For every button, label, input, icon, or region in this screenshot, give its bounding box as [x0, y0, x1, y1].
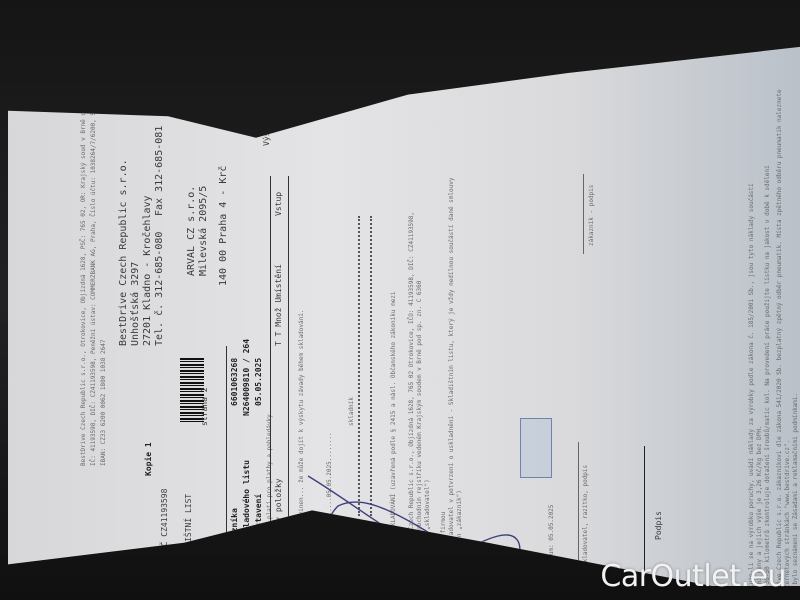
issuer-fax: Fax 312-685-081 — [154, 126, 166, 216]
footer-note-4: BestDrive Czech Republic s.r.o. zákazník… — [776, 89, 784, 600]
note-3: skladník — [348, 397, 356, 426]
company-header-line-2: IČ: 41193598, DIČ: CZ41193598, Peněžní ú… — [90, 79, 98, 466]
footer-note-3: Ujetí 30-50 kilometrů zkontroluje dotaže… — [764, 165, 772, 600]
field-value-list-no: N264009810 / 264 — [242, 339, 252, 416]
company-header-line-1: BestDrive Czech Republic s.r.o., Otrokov… — [80, 87, 88, 466]
customer-name: ARVAL CZ s.r.o. — [186, 186, 198, 276]
footer-note-6: Pokud bylo seznámení se Zásadami a rekla… — [792, 393, 800, 600]
page-number: strana 2 — [200, 387, 210, 426]
customer-street: Milevská 2095/5 — [198, 186, 210, 276]
issuer-name: BestDrive Czech Republic s.r.o. — [118, 159, 130, 346]
issuer-street: Unhošťská 3297 — [130, 262, 142, 346]
customer-sign-line — [583, 174, 584, 254]
col-in: Vstup — [274, 192, 284, 216]
document-paper: BestDrive Czech Republic s.r.o., Otrokov… — [8, 46, 800, 586]
col-qty-location: T T Množ Umístění — [274, 264, 284, 346]
customer-city: 140 00 Praha 4 - Krč — [218, 166, 230, 286]
company-header-line-3: IBAN: CZ33 6200 0062 1800 1038 2647 — [100, 340, 108, 466]
issuer-phone: Tel. č. 312-685-080 — [154, 232, 166, 346]
warehouse-sign-label: skladovatel, razítko, podpis — [582, 465, 590, 566]
footer-note-1: Vyskytuje-li se na výrobku poruchy, uvád… — [748, 183, 756, 600]
copy-label: Kopie 1 — [144, 442, 154, 476]
customer-sign-label: zákazník - podpis — [588, 185, 596, 246]
field-value-date: 05.05.2025 — [254, 358, 264, 406]
field-value-customer-no: 6601063268 — [230, 358, 240, 406]
podpis-label: Podpis — [654, 511, 664, 540]
issuer-city: 27201 Kladno - Kročehlavy — [142, 195, 154, 346]
watermark-logo: CarOutlet.eu — [600, 559, 786, 594]
